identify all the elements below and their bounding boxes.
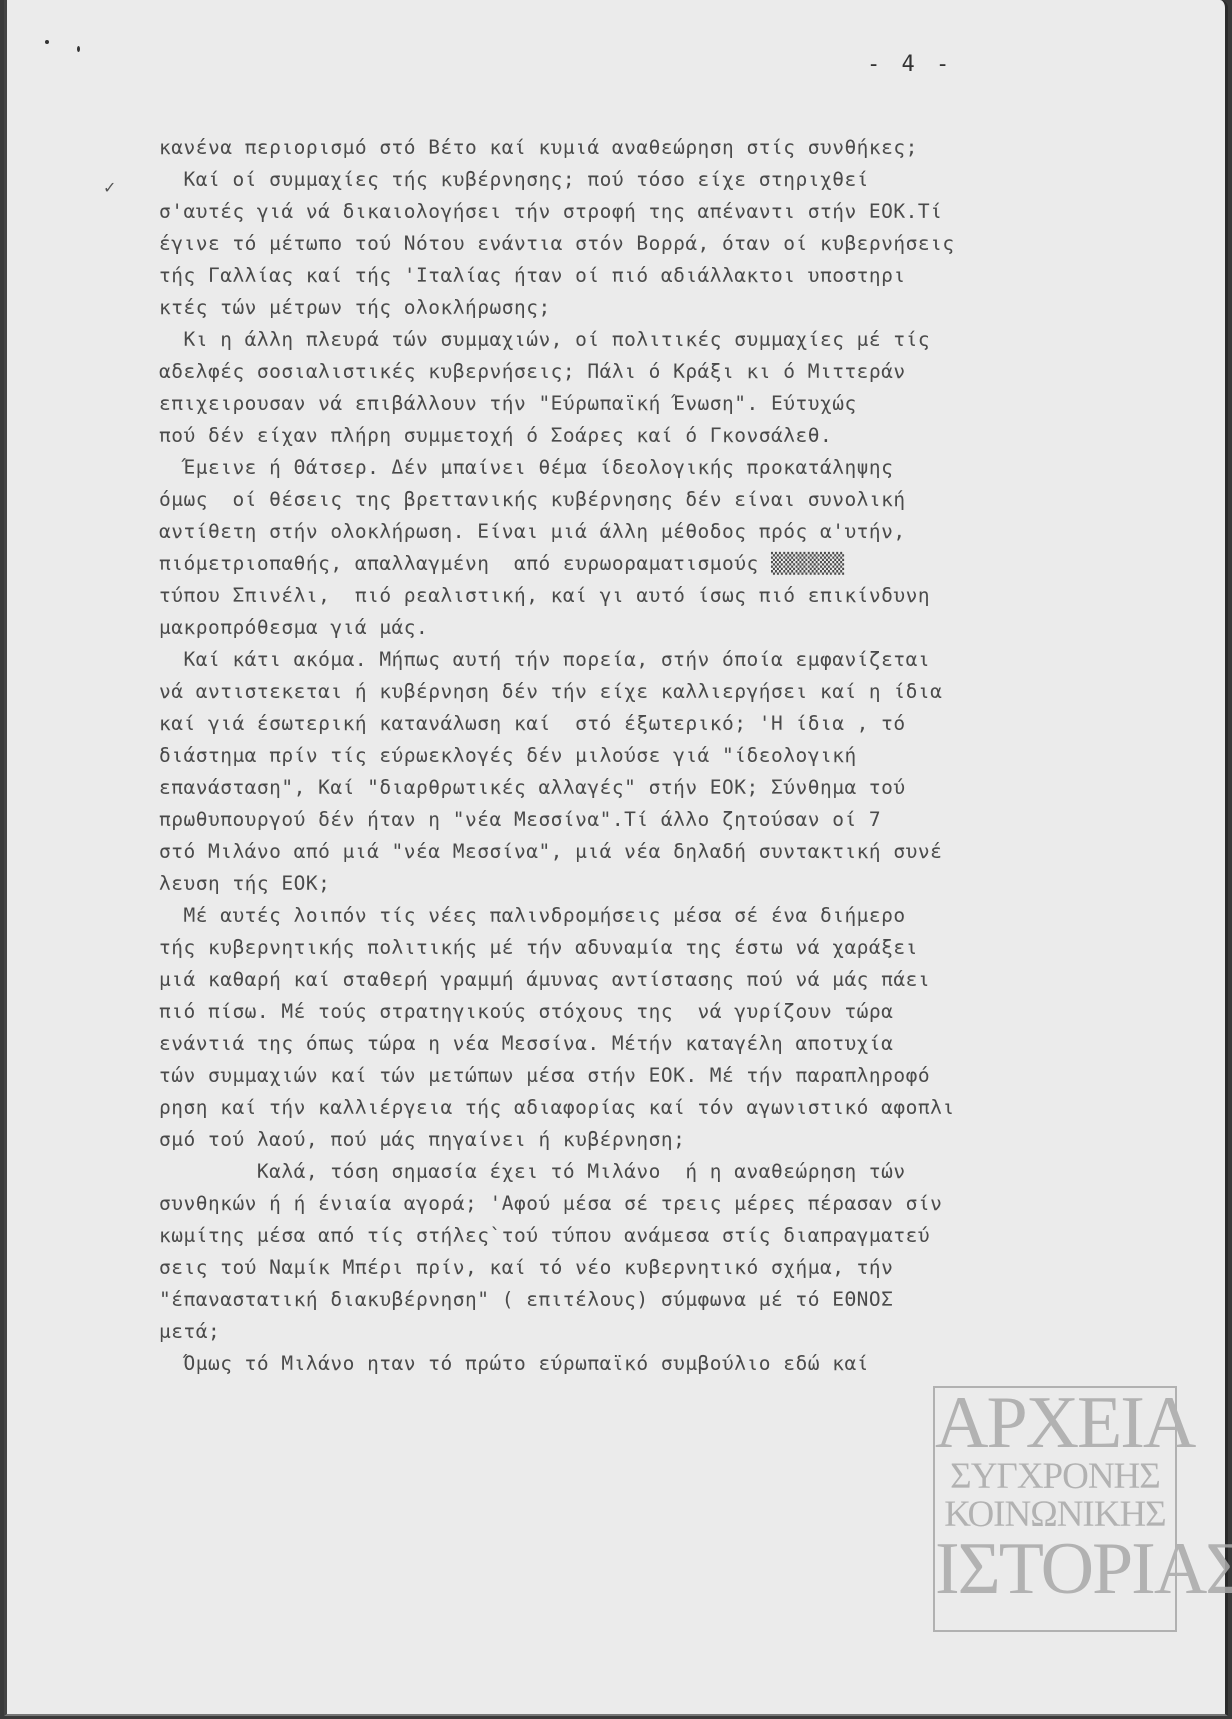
text-line: ρηση καί τήν καλλιέργεια τής αδιαφορίας … <box>159 1092 1119 1124</box>
text-line: επανάσταση", Καί "διαρθρωτικές αλλαγές" … <box>159 772 1119 804</box>
text-line: σ'αυτές γιά νά δικαιολογήσει τήν στροφή … <box>159 196 1119 228</box>
text-line: τής κυβερνητικής πολιτικής μέ τήν αδυναμ… <box>159 932 1119 964</box>
scan-speck <box>77 46 80 52</box>
text-line: Έμεινε ή Θάτσερ. Δέν μπαίνει θέμα ίδεολο… <box>159 452 1119 484</box>
text-line: πιό πίσω. Μέ τούς στρατηγικούς στόχους τ… <box>159 996 1119 1028</box>
text-line: Όμως τό Μιλάνο ηταν τό πρώτο εύρωπαϊκό σ… <box>159 1348 1119 1380</box>
page-number: - 4 - <box>867 52 953 77</box>
stamp-line-2: ΣΥΓΧΡΟΝΗΣ <box>935 1458 1175 1496</box>
text-line: μετά; <box>159 1316 1119 1348</box>
text-line: καί γιά έσωτερική κατανάλωση καί στό έξω… <box>159 708 1119 740</box>
text-line: σεις τού Ναμίκ Μπέρι πρίν, καί τό νέο κυ… <box>159 1252 1119 1284</box>
text-line: Καί οί συμμαχίες τής κυβέρνησης; πού τόσ… <box>159 164 1119 196</box>
stamp-line-1: ΑΡΧΕΙΑ <box>935 1388 1175 1458</box>
text-line: όμως οί θέσεις της βρεττανικής κυβέρνηση… <box>159 484 1119 516</box>
text-line: έγινε τό μέτωπο τού Νότου ενάντια στόν Β… <box>159 228 1119 260</box>
text-line: διάστημα πρίν τίς εύρωεκλογές δέν μιλούσ… <box>159 740 1119 772</box>
text-line: τών συμμαχιών καί τών μετώπων μέσα στήν … <box>159 1060 1119 1092</box>
text-line: λευση τής ΕΟΚ; <box>159 868 1119 900</box>
text-line: κανένα περιορισμό στό Βέτο καί κυμιά ανα… <box>159 132 1119 164</box>
stamp-line-4: ΙΣΤΟΡΙΑΣ <box>935 1534 1175 1604</box>
typewritten-body: κανένα περιορισμό στό Βέτο καί κυμιά ανα… <box>159 132 1119 1380</box>
margin-check-mark: ✓ <box>103 178 116 197</box>
text-line: στό Μιλάνο από μιά "νέα Μεσσίνα", μιά νέ… <box>159 836 1119 868</box>
text-line: Καλά, τόση σημασία έχει τό Μιλάνο ή η αν… <box>159 1156 1119 1188</box>
text-line: πιόμετριοπαθής, απαλλαγμένη από ευρωοραμ… <box>159 548 1119 580</box>
text-line: συνθηκών ή ή ένιαία αγορά; 'Αφού μέσα σέ… <box>159 1188 1119 1220</box>
text-line: σμό τού λαού, πού μάς πηγαίνει ή κυβέρνη… <box>159 1124 1119 1156</box>
text-line: πρωθυπουργού δέν ήταν η "νέα Μεσσίνα".Τί… <box>159 804 1119 836</box>
text-line: πού δέν είχαν πλήρη συμμετοχή ό Σοάρες κ… <box>159 420 1119 452</box>
archive-stamp: ΑΡΧΕΙΑ ΣΥΓΧΡΟΝΗΣ ΚΟΙΝΩΝΙΚΗΣ ΙΣΤΟΡΙΑΣ <box>933 1386 1177 1632</box>
text-line: Μέ αυτές λοιπόν τίς νέες παλινδρομήσεις … <box>159 900 1119 932</box>
text-line: επιχειρουσαν νά επιβάλλουν τήν "Εύρωπαϊκ… <box>159 388 1119 420</box>
text-line: ενάντιά της όπως τώρα η νέα Μεσσίνα. Μέτ… <box>159 1028 1119 1060</box>
text-line: Κι η άλλη πλευρά τών συμμαχιών, οί πολιτ… <box>159 324 1119 356</box>
text-line: αντίθετη στήν ολοκλήρωση. Είναι μιά άλλη… <box>159 516 1119 548</box>
scan-speck <box>45 40 49 44</box>
text-line: νά αντιστεκεται ή κυβέρνηση δέν τήν είχε… <box>159 676 1119 708</box>
text-line: μιά καθαρή καί σταθερή γραμμή άμυνας αντ… <box>159 964 1119 996</box>
text-line: τύπου Σπινέλι, πιό ρεαλιστική, καί γι αυ… <box>159 580 1119 612</box>
text-line: "έπαναστατική διακυβέρνηση" ( επιτέλους)… <box>159 1284 1119 1316</box>
text-line: κτές τών μέτρων τής ολοκλήρωσης; <box>159 292 1119 324</box>
text-line: Καί κάτι ακόμα. Μήπως αυτή τήν πορεία, σ… <box>159 644 1119 676</box>
text-line: αδελφές σοσιαλιστικές κυβερνήσεις; Πάλι … <box>159 356 1119 388</box>
text-line: μακροπρόθεσμα γιά μάς. <box>159 612 1119 644</box>
text-line: τής Γαλλίας καί τής 'Ιταλίας ήταν οί πιό… <box>159 260 1119 292</box>
text-line: κωμίτης μέσα από τίς στήλες`τού τύπου αν… <box>159 1220 1119 1252</box>
document-page: - 4 - ✓ κανένα περιορισμό στό Βέτο καί κ… <box>4 0 1228 1716</box>
